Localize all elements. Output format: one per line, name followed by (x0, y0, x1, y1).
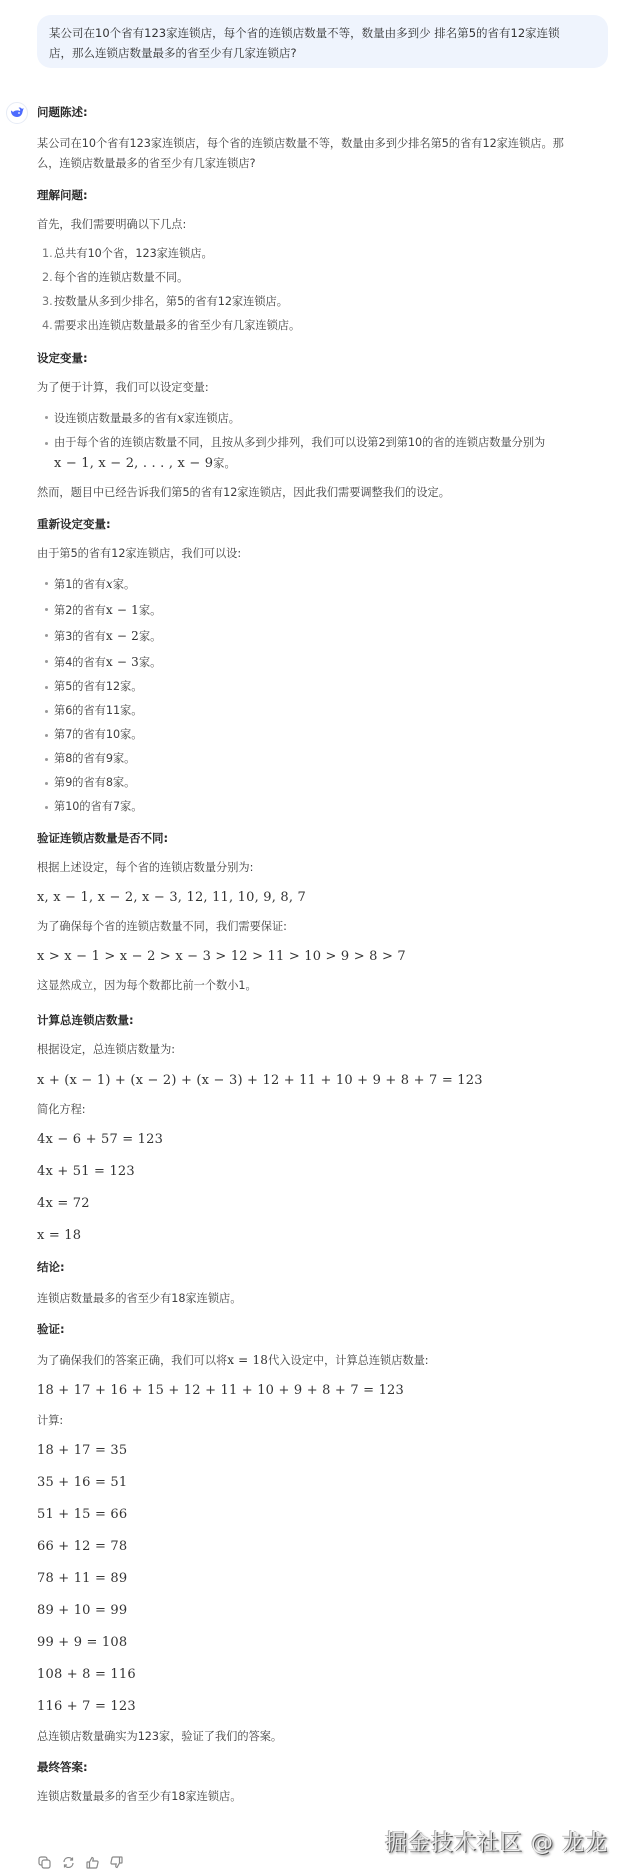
math-display: x + (x − 1) + (x − 2) + (x − 3) + 12 + 1… (37, 1072, 617, 1090)
regenerate-icon[interactable] (61, 1855, 75, 1869)
whale-logo-icon (10, 106, 24, 121)
section-title: 计算总连锁店数量: (37, 1012, 617, 1028)
bullet-icon (45, 660, 48, 663)
math-display: x > x − 1 > x − 2 > x − 3 > 12 > 11 > 10… (37, 948, 617, 966)
bullet-icon (45, 782, 48, 785)
math-display: 78 + 11 = 89 (37, 1570, 617, 1588)
paragraph: 然而，题目中已经告诉我们第5的省有12家连锁店，因此我们需要调整我们的设定。 (37, 485, 617, 501)
watermark: 掘金技术社区 @ 龙龙 (385, 1826, 608, 1857)
problem-statement-line-2: 么，连锁店数量最多的省至少有几家连锁店? (37, 156, 617, 172)
section-title: 问题陈述: (37, 104, 617, 120)
bullet-icon (45, 634, 48, 637)
paragraph: 由于第5的省有12家连锁店，我们可以设: (37, 546, 617, 562)
math-display: 89 + 10 = 99 (37, 1602, 617, 1620)
bullet-list: 第1的省有x家。 第2的省有x − 1家。 第3的省有x − 2家。 第4的省有… (37, 575, 617, 815)
thumbs-up-icon[interactable] (85, 1855, 99, 1869)
list-item: 设连锁店数量最多的省有x家连锁店。 (37, 409, 617, 427)
list-item: 第8的省有9家。 (37, 751, 617, 767)
bullet-icon (45, 758, 48, 761)
copy-icon[interactable] (37, 1855, 51, 1869)
bullet-icon (45, 686, 48, 689)
math-display: 4x + 51 = 123 (37, 1163, 617, 1181)
section-title: 验证: (37, 1321, 617, 1337)
list-item: 第4的省有x − 3家。 (37, 653, 617, 671)
user-message-line-2: 店，那么连锁店数量最多的省至少有几家连锁店? (49, 43, 596, 63)
list-item: 第5的省有12家。 (37, 679, 617, 695)
list-item: 第10的省有7家。 (37, 799, 617, 815)
list-item: 第1的省有x家。 (37, 575, 617, 593)
math-display: 18 + 17 = 35 (37, 1442, 617, 1460)
list-item: 第7的省有10家。 (37, 727, 617, 743)
list-item: 第3的省有x − 2家。 (37, 627, 617, 645)
list-item: 2.每个省的连锁店数量不同。 (37, 270, 617, 286)
paragraph: 总连锁店数量确实为123家，验证了我们的答案。 (37, 1729, 617, 1745)
math-display: 108 + 8 = 116 (37, 1666, 617, 1684)
user-message-bubble: 某公司在10个省有123家连锁店，每个省的连锁店数量不等，数量由多到少 排名第5… (37, 15, 608, 68)
paragraph: 根据设定，总连锁店数量为: (37, 1042, 617, 1058)
list-item: 3.按数量从多到少排名，第5的省有12家连锁店。 (37, 294, 617, 310)
paragraph: 为了确保我们的答案正确，我们可以将x = 18代入设定中，计算总连锁店数量: (37, 1351, 617, 1369)
user-message-line-1: 某公司在10个省有123家连锁店，每个省的连锁店数量不等，数量由多到少 排名第5… (49, 23, 596, 43)
list-item: 第9的省有8家。 (37, 775, 617, 791)
math-display: 66 + 12 = 78 (37, 1538, 617, 1556)
paragraph: 这显然成立，因为每个数都比前一个数小1。 (37, 978, 617, 994)
conclusion-text: 连锁店数量最多的省至少有18家连锁店。 (37, 1291, 617, 1307)
paragraph: 根据上述设定，每个省的连锁店数量分别为: (37, 860, 617, 876)
list-item: 4.需要求出连锁店数量最多的省至少有几家连锁店。 (37, 318, 617, 334)
section-title: 结论: (37, 1259, 617, 1275)
assistant-answer: 问题陈述: 某公司在10个省有123家连锁店，每个省的连锁店数量不等，数量由多到… (37, 104, 617, 1805)
math-display: 99 + 9 = 108 (37, 1634, 617, 1652)
bullet-icon (45, 608, 48, 611)
paragraph: 为了确保每个省的连锁店数量不同，我们需要保证: (37, 919, 617, 935)
bullet-icon (45, 734, 48, 737)
math-display: 18 + 17 + 16 + 15 + 12 + 11 + 10 + 9 + 8… (37, 1382, 617, 1400)
bullet-list: 设连锁店数量最多的省有x家连锁店。 由于每个省的连锁店数量不同，且按从多到少排列… (37, 409, 617, 473)
math-display: 116 + 7 = 123 (37, 1698, 617, 1716)
paragraph: 计算: (37, 1413, 617, 1429)
section-title: 验证连锁店数量是否不同: (37, 830, 617, 846)
bullet-icon (45, 582, 48, 585)
section-title: 最终答案: (37, 1759, 617, 1775)
math-display: 4x − 6 + 57 = 123 (37, 1131, 617, 1149)
message-actions (37, 1855, 123, 1869)
ordered-list: 1.总共有10个省，123家连锁店。 2.每个省的连锁店数量不同。 3.按数量从… (37, 246, 617, 334)
math-display: x, x − 1, x − 2, x − 3, 12, 11, 10, 9, 8… (37, 889, 617, 907)
math-display: 35 + 16 = 51 (37, 1474, 617, 1492)
section-title: 理解问题: (37, 187, 617, 203)
paragraph: 简化方程: (37, 1102, 617, 1118)
final-answer-text: 连锁店数量最多的省至少有18家连锁店。 (37, 1789, 617, 1805)
paragraph: 首先，我们需要明确以下几点: (37, 217, 617, 233)
list-item: 第6的省有11家。 (37, 703, 617, 719)
bullet-icon (45, 710, 48, 713)
bullet-icon (45, 806, 48, 809)
math-display: 4x = 72 (37, 1195, 617, 1213)
section-title: 设定变量: (37, 350, 617, 366)
section-title: 重新设定变量: (37, 516, 617, 532)
paragraph: 为了便于计算，我们可以设定变量: (37, 380, 617, 396)
list-item: 第2的省有x − 1家。 (37, 601, 617, 619)
math-display: x = 18 (37, 1227, 617, 1245)
problem-statement-line-1: 某公司在10个省有123家连锁店，每个省的连锁店数量不等，数量由多到少排名第5的… (37, 136, 617, 152)
list-item: 1.总共有10个省，123家连锁店。 (37, 246, 617, 262)
list-item: 由于每个省的连锁店数量不同，且按从多到少排列，我们可以设第2到第10的省的连锁店… (37, 435, 617, 473)
math-display: 51 + 15 = 66 (37, 1506, 617, 1524)
bullet-icon (45, 416, 48, 419)
bullet-icon (45, 442, 48, 445)
thumbs-down-icon[interactable] (109, 1855, 123, 1869)
assistant-avatar (6, 102, 28, 124)
